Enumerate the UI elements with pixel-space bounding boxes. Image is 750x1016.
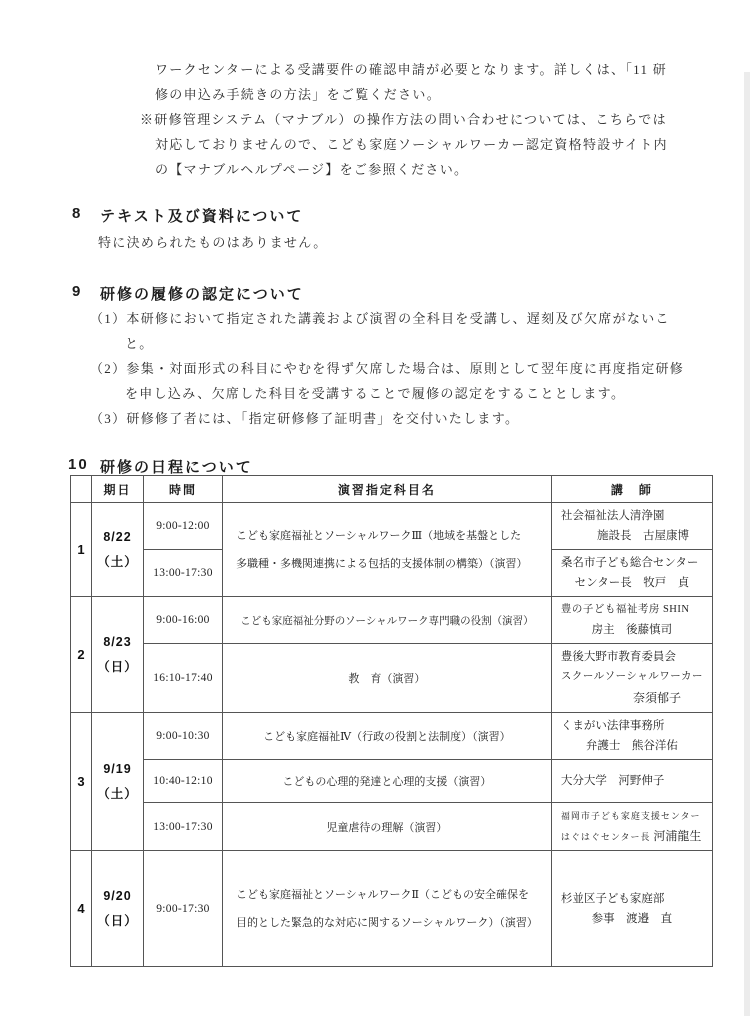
row-number: 2 bbox=[71, 597, 92, 713]
header-time: 時間 bbox=[144, 476, 223, 503]
table-row: 4 9/20 （日） 9:00-17:30 こども家庭福祉とソーシャルワークⅡ（… bbox=[71, 851, 713, 967]
subject-cell: こども家庭福祉Ⅳ（行政の役割と法制度）（演習） bbox=[223, 713, 552, 760]
time-cell: 9:00-12:00 bbox=[144, 503, 223, 550]
date-cell: 9/20 （日） bbox=[92, 851, 144, 967]
date-cell: 8/23 （日） bbox=[92, 597, 144, 713]
subject-cell: 児童虐待の理解（演習） bbox=[223, 803, 552, 851]
section-number: 10 bbox=[68, 456, 100, 477]
instructor-title: はぐはぐセンター長 bbox=[561, 832, 651, 842]
section-number: 8 bbox=[72, 205, 100, 226]
subject-cell: こども家庭福祉とソーシャルワークⅢ（地域を基盤とした 多職種・多機関連携による包… bbox=[223, 503, 552, 597]
table-row: 1 8/22 （土） 9:00-12:00 こども家庭福祉とソーシャルワークⅢ（… bbox=[71, 503, 713, 550]
instructor-org: 豊後大野市教育委員会 bbox=[561, 647, 703, 667]
subject-cell: 教 育（演習） bbox=[223, 644, 552, 713]
list-item-line: （1）本研修において指定された講義および演習の全科目を受講し、遅刻及び欠席がない… bbox=[90, 306, 710, 331]
instructor-name: 奈須郁子 bbox=[561, 687, 703, 709]
instructor-name: 河浦龍生 bbox=[653, 829, 701, 843]
document-page: ワークセンターによる受講要件の確認申請が必要となります。詳しくは、「11 研 修… bbox=[0, 0, 750, 1016]
date-day: （土） bbox=[92, 550, 143, 575]
time-cell: 9:00-17:30 bbox=[144, 851, 223, 967]
list-item-line: （3）研修修了者には、「指定研修修了証明書」を交付いたします。 bbox=[90, 406, 710, 431]
instructor-name: センター長 牧戸 貞 bbox=[561, 573, 703, 593]
instructor-name: 参事 渡邉 直 bbox=[561, 909, 703, 929]
subject-line: 目的とした緊急的な対応に関するソーシャルワーク）（演習） bbox=[223, 909, 551, 937]
date-cell: 9/19 （土） bbox=[92, 713, 144, 851]
time-cell: 9:00-16:00 bbox=[144, 597, 223, 644]
instructor-name: 房主 後藤慎司 bbox=[561, 620, 703, 640]
table-row: 2 8/23 （日） 9:00-16:00 こども家庭福祉分野のソーシャルワーク… bbox=[71, 597, 713, 644]
instructor-org: 桑名市子ども総合センター bbox=[561, 553, 703, 573]
instructor-org: くまがい法律事務所 bbox=[561, 716, 703, 736]
subject-cell: こどもの心理的発達と心理的支援（演習） bbox=[223, 760, 552, 803]
intro-paragraph: ワークセンターによる受講要件の確認申請が必要となります。詳しくは、「11 研 修… bbox=[140, 57, 720, 182]
header-subject: 演習指定科目名 bbox=[223, 476, 552, 503]
subject-cell: こども家庭福祉分野のソーシャルワーク専門職の役割（演習） bbox=[223, 597, 552, 644]
intro-line: ワークセンターによる受講要件の確認申請が必要となります。詳しくは、「11 研 bbox=[140, 57, 720, 82]
header-date: 期日 bbox=[92, 476, 144, 503]
row-number: 1 bbox=[71, 503, 92, 597]
section-8-body: 特に決められたものはありません。 bbox=[98, 232, 328, 251]
instructor-cell: 大分大学 河野伸子 bbox=[551, 760, 712, 803]
section-8-heading: 8 テキスト及び資料について bbox=[72, 205, 303, 226]
list-item-line: と。 bbox=[90, 331, 710, 356]
intro-line: 修の申込み手続きの方法」をご覧ください。 bbox=[140, 82, 720, 107]
table-row: 13:00-17:30 児童虐待の理解（演習） 福岡市子ども家庭支援センター は… bbox=[71, 803, 713, 851]
header-no bbox=[71, 476, 92, 503]
date-text: 8/23 bbox=[92, 630, 143, 655]
date-text: 8/22 bbox=[92, 525, 143, 550]
time-cell: 13:00-17:30 bbox=[144, 803, 223, 851]
instructor-cell: 杉並区子ども家庭部 参事 渡邉 直 bbox=[551, 851, 712, 967]
section-number: 9 bbox=[72, 283, 100, 304]
time-cell: 16:10-17:40 bbox=[144, 644, 223, 713]
section-9-items: （1）本研修において指定された講義および演習の全科目を受講し、遅刻及び欠席がない… bbox=[90, 306, 710, 431]
instructor-name: 弁護士 熊谷洋佑 bbox=[561, 736, 703, 756]
time-cell: 9:00-10:30 bbox=[144, 713, 223, 760]
scan-edge-shadow bbox=[744, 72, 750, 1016]
instructor-cell: 豊後大野市教育委員会 スクールソーシャルワーカー 奈須郁子 bbox=[551, 644, 712, 713]
instructor-cell: 豊の子ども福祉考房 SHIN 房主 後藤慎司 bbox=[551, 597, 712, 644]
instructor-org: 豊の子ども福祉考房 SHIN bbox=[561, 600, 703, 620]
subject-line: こども家庭福祉とソーシャルワークⅢ（地域を基盤とした bbox=[223, 522, 551, 550]
list-item-line: を申し込み、欠席した科目を受講することで履修の認定をすることとします。 bbox=[90, 381, 710, 406]
schedule-table: 期日 時間 演習指定科目名 講 師 1 8/22 （土） 9:00-12:00 … bbox=[70, 475, 713, 967]
instructor-org: 福岡市子ども家庭支援センター bbox=[561, 806, 703, 826]
intro-note-line: ※研修管理システム（マナブル）の操作方法の問い合わせについては、こちらでは bbox=[140, 107, 720, 132]
section-title: 研修の履修の認定について bbox=[100, 283, 304, 304]
table-row: 10:40-12:10 こどもの心理的発達と心理的支援（演習） 大分大学 河野伸… bbox=[71, 760, 713, 803]
list-item-line: （2）参集・対面形式の科目にやむを得ず欠席した場合は、原則として翌年度に再度指定… bbox=[90, 356, 710, 381]
instructor-org: 社会福祉法人清浄園 bbox=[561, 506, 703, 526]
date-text: 9/19 bbox=[92, 757, 143, 782]
instructor-cell: 桑名市子ども総合センター センター長 牧戸 貞 bbox=[551, 550, 712, 597]
row-number: 4 bbox=[71, 851, 92, 967]
intro-line: 対応しておりませんので、こども家庭ソーシャルワーカー認定資格特設サイト内 bbox=[140, 132, 720, 157]
row-number: 3 bbox=[71, 713, 92, 851]
table-row: 16:10-17:40 教 育（演習） 豊後大野市教育委員会 スクールソーシャル… bbox=[71, 644, 713, 713]
section-9-heading: 9 研修の履修の認定について bbox=[72, 283, 304, 304]
subject-line: こども家庭福祉とソーシャルワークⅡ（こどもの安全確保を bbox=[223, 881, 551, 909]
instructor-title: スクールソーシャルワーカー bbox=[561, 667, 703, 687]
subject-line: 多職種・多機関連携による包括的支援体制の構築）（演習） bbox=[223, 550, 551, 578]
section-title: テキスト及び資料について bbox=[100, 205, 303, 226]
time-cell: 10:40-12:10 bbox=[144, 760, 223, 803]
instructor-org: 杉並区子ども家庭部 bbox=[561, 889, 703, 909]
header-instructor: 講 師 bbox=[551, 476, 712, 503]
date-text: 9/20 bbox=[92, 884, 143, 909]
intro-line: の【マナブルヘルプページ】をご参照ください。 bbox=[140, 157, 720, 182]
instructor-cell: くまがい法律事務所 弁護士 熊谷洋佑 bbox=[551, 713, 712, 760]
instructor-cell: 福岡市子ども家庭支援センター はぐはぐセンター長 河浦龍生 bbox=[551, 803, 712, 851]
table-row: 3 9/19 （土） 9:00-10:30 こども家庭福祉Ⅳ（行政の役割と法制度… bbox=[71, 713, 713, 760]
section-10-heading: 10 研修の日程について bbox=[68, 456, 253, 477]
time-cell: 13:00-17:30 bbox=[144, 550, 223, 597]
table-header-row: 期日 時間 演習指定科目名 講 師 bbox=[71, 476, 713, 503]
section-title: 研修の日程について bbox=[100, 456, 253, 477]
date-day: （日） bbox=[92, 655, 143, 680]
subject-cell: こども家庭福祉とソーシャルワークⅡ（こどもの安全確保を 目的とした緊急的な対応に… bbox=[223, 851, 552, 967]
date-cell: 8/22 （土） bbox=[92, 503, 144, 597]
instructor-name: 施設長 古屋康博 bbox=[561, 526, 703, 546]
instructor-name: 大分大学 河野伸子 bbox=[561, 771, 703, 791]
instructor-name-line: はぐはぐセンター長 河浦龍生 bbox=[561, 826, 703, 847]
date-day: （土） bbox=[92, 782, 143, 807]
instructor-cell: 社会福祉法人清浄園 施設長 古屋康博 bbox=[551, 503, 712, 550]
date-day: （日） bbox=[92, 909, 143, 934]
